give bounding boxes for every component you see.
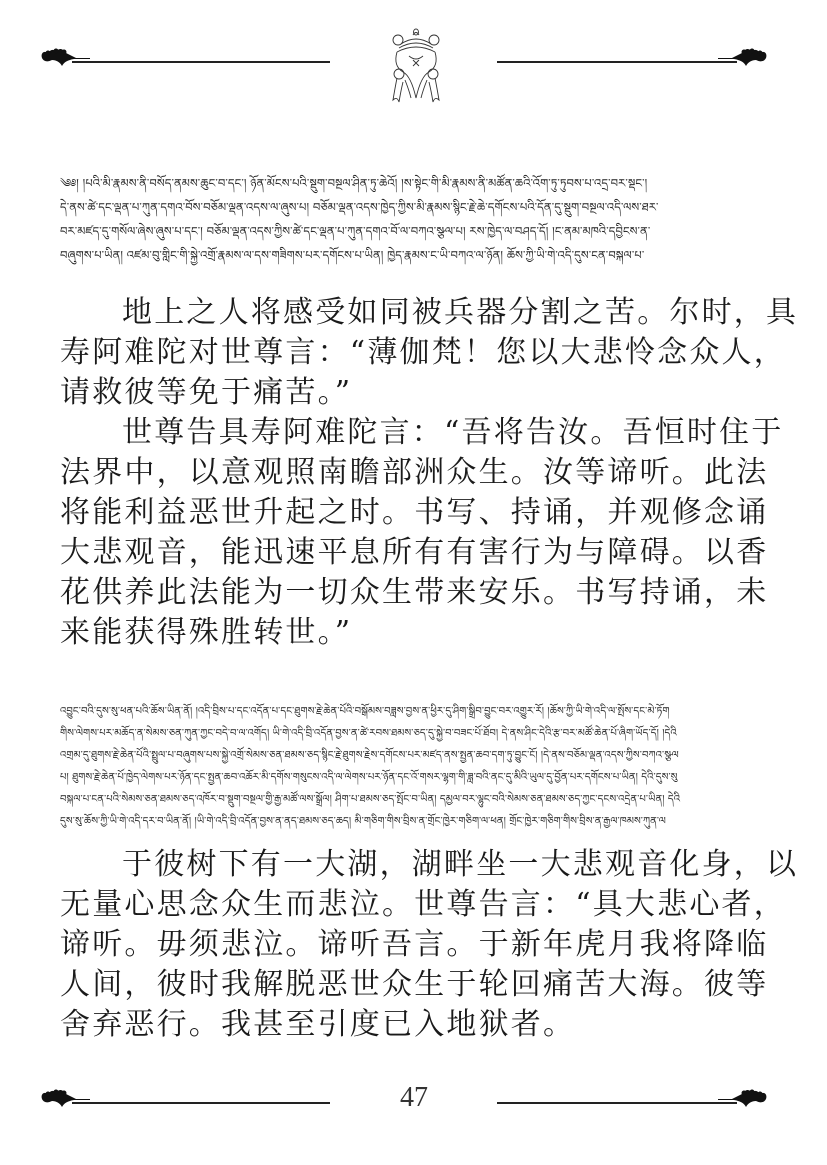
flourish-right-icon bbox=[718, 42, 770, 70]
paragraph-line: 将能利益恶世升起之时。书写、持诵，并观修念诵 bbox=[60, 493, 770, 533]
tibetan-line: དེ་ནས་ཚེ་དང་ལྡན་པ་ཀུན་དགའ་བོས་བཅོམ་ལྡན་འ… bbox=[60, 195, 770, 219]
page-number: 47 bbox=[389, 1082, 439, 1114]
conch-shell-icon bbox=[385, 26, 447, 108]
paragraph-line: 花供养此法能为一切众生带来安乐。书写持诵，未 bbox=[60, 573, 770, 613]
paragraph-line: 世尊告具寿阿难陀言：“吾将告汝。吾恒时住于 bbox=[60, 413, 770, 453]
chinese-text-block-2: 于彼树下有一大湖，湖畔坐一大悲观音化身，以 无量心思念众生而悲泣。世尊告言：“具… bbox=[60, 845, 770, 1045]
flourish-right-icon bbox=[718, 1083, 770, 1111]
paragraph-line: 大悲观音，能迅速平息所有有害行为与障碍。以香 bbox=[60, 533, 770, 573]
tibetan-text-block-1: ༄༅། །པའི་མི་རྣམས་ནི་བསོད་ནམས་ཆུང་བ་དང་། … bbox=[60, 171, 770, 267]
paragraph-line: 地上之人将感受如同被兵器分割之苦。尔时，具 bbox=[60, 293, 770, 333]
chinese-text-block-1: 地上之人将感受如同被兵器分割之苦。尔时，具 寿阿难陀对世尊言：“薄伽梵！您以大悲… bbox=[60, 293, 770, 653]
footer-rule-left bbox=[72, 1102, 330, 1104]
tibetan-line: གིས་ལེགས་པར་མཆོད་ན་སེམས་ཅན་ཀུན་ཀྱང་བདེ་བ… bbox=[60, 723, 770, 745]
paragraph-line: 舍弃恶行。我甚至引度已入地狱者。 bbox=[60, 1005, 770, 1045]
tibetan-line: པ། ཐུགས་རྗེ་ཆེན་པོ་ཁྱེད་ལེགས་པར་ཉོན་དང་ས… bbox=[60, 767, 770, 789]
flourish-left-icon bbox=[38, 1083, 90, 1111]
paragraph-line: 无量心思念众生而悲泣。世尊告言：“具大悲心者， bbox=[60, 885, 770, 925]
tibetan-line: འགྲམ་དུ་ཐུགས་རྗེ་ཆེན་པོའི་སྤྲུལ་པ་བཞུགས་… bbox=[60, 745, 770, 767]
paragraph-line: 人间，彼时我解脱恶世众生于轮回痛苦大海。彼等 bbox=[60, 965, 770, 1005]
header-rule-left-long bbox=[72, 61, 330, 63]
paragraph-line: 于彼树下有一大湖，湖畔坐一大悲观音化身，以 bbox=[60, 845, 770, 885]
paragraph-line: 请救彼等免于痛苦。” bbox=[60, 373, 770, 413]
tibetan-line: ༄༅། །པའི་མི་རྣམས་ནི་བསོད་ནམས་ཆུང་བ་དང་། … bbox=[60, 171, 770, 195]
paragraph-line: 法界中，以意观照南瞻部洲众生。汝等谛听。此法 bbox=[60, 453, 770, 493]
tibetan-line: དུས་སུ་ཆོས་ཀྱི་ཡི་གེ་འདི་དར་བ་ཡིན་ནོ། །ཡ… bbox=[60, 811, 770, 833]
paragraph-line: 寿阿难陀对世尊言：“薄伽梵！您以大悲怜念众人， bbox=[60, 333, 770, 373]
tibetan-line: འབྱུང་བའི་དུས་སུ་ཕན་པའི་ཆོས་ཡིན་ནོ། །འདི… bbox=[60, 701, 770, 723]
footer-rule-right bbox=[497, 1102, 737, 1104]
paragraph-line: 谛听。毋须悲泣。谛听吾言。于新年虎月我将降临 bbox=[60, 925, 770, 965]
flourish-left-icon bbox=[38, 42, 90, 70]
tibetan-line: བར་མཛད་དུ་གསོལ་ཞེས་ཞུས་པ་དང་། བཅོམ་ལྡན་འ… bbox=[60, 219, 770, 243]
paragraph-line: 来能获得殊胜转世。” bbox=[60, 613, 770, 653]
header-rule-right bbox=[497, 61, 737, 63]
tibetan-text-block-2: འབྱུང་བའི་དུས་སུ་ཕན་པའི་ཆོས་ཡིན་ནོ། །འདི… bbox=[60, 701, 770, 833]
tibetan-line: བཞུགས་པ་ཡིན། འཛམ་བུ་གླིང་གི་སྐྱེ་འགྲོ་རྣ… bbox=[60, 243, 770, 267]
tibetan-line: བསྐལ་པ་ངན་པའི་སེམས་ཅན་ཐམས་ཅད་འཁོར་བ་སྡུག… bbox=[60, 789, 770, 811]
